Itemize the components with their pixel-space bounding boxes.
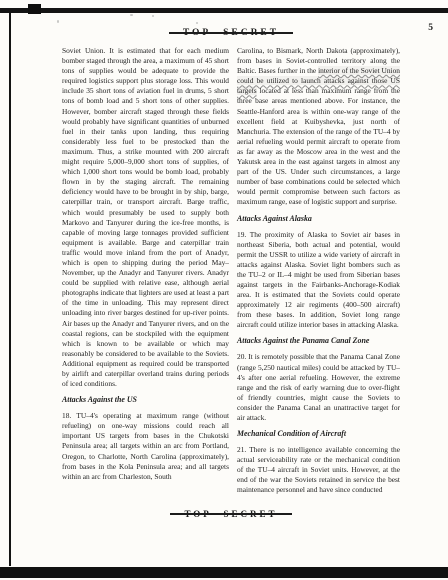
paragraph-continuation: Soviet Union. It is estimated that for e… (62, 46, 229, 389)
header-classification-band: TOP SECRET (62, 22, 400, 40)
section-heading-attacks-panama: Attacks Against the Panama Canal Zone (237, 336, 400, 346)
paragraph-20: 20. It is remotely possible that the Pan… (237, 352, 400, 423)
right-column: Carolina, to Bismark, North Dakota (appr… (237, 46, 400, 496)
classification-header: TOP SECRET (183, 28, 279, 38)
paragraph-21: 21. There is no intelligence available c… (237, 445, 400, 495)
classification-footer: TOP SECRET (184, 509, 277, 519)
scan-border-top (0, 8, 448, 13)
scan-border-bottom (0, 567, 448, 578)
section-heading-mechanical-condition: Mechanical Condition of Aircraft (237, 429, 400, 439)
paragraph-continuation-right: Carolina, to Bismark, North Dakota (appr… (237, 46, 400, 208)
scan-artifact (152, 15, 154, 17)
continuation-text-after: located at less than maximum range from … (237, 86, 400, 206)
footer-classification-band: TOP SECRET (62, 504, 400, 522)
paragraph-19: 19. The proximity of Alaska to Soviet ai… (237, 230, 400, 331)
section-heading-attacks-alaska: Attacks Against Alaska (237, 214, 400, 224)
scan-border-notch (28, 4, 41, 14)
left-column: Soviet Union. It is estimated that for e… (62, 46, 229, 482)
scan-artifact (57, 20, 59, 23)
page-number: 5 (428, 23, 433, 33)
scanned-document-page: TOP SECRET 5 Soviet Union. It is estimat… (0, 0, 448, 580)
scan-artifact (130, 14, 133, 16)
scan-border-left (9, 9, 11, 566)
paragraph-18: 18. TU–4's operating at maximum range (w… (62, 411, 229, 482)
section-heading-attacks-us: Attacks Against the US (62, 395, 229, 405)
